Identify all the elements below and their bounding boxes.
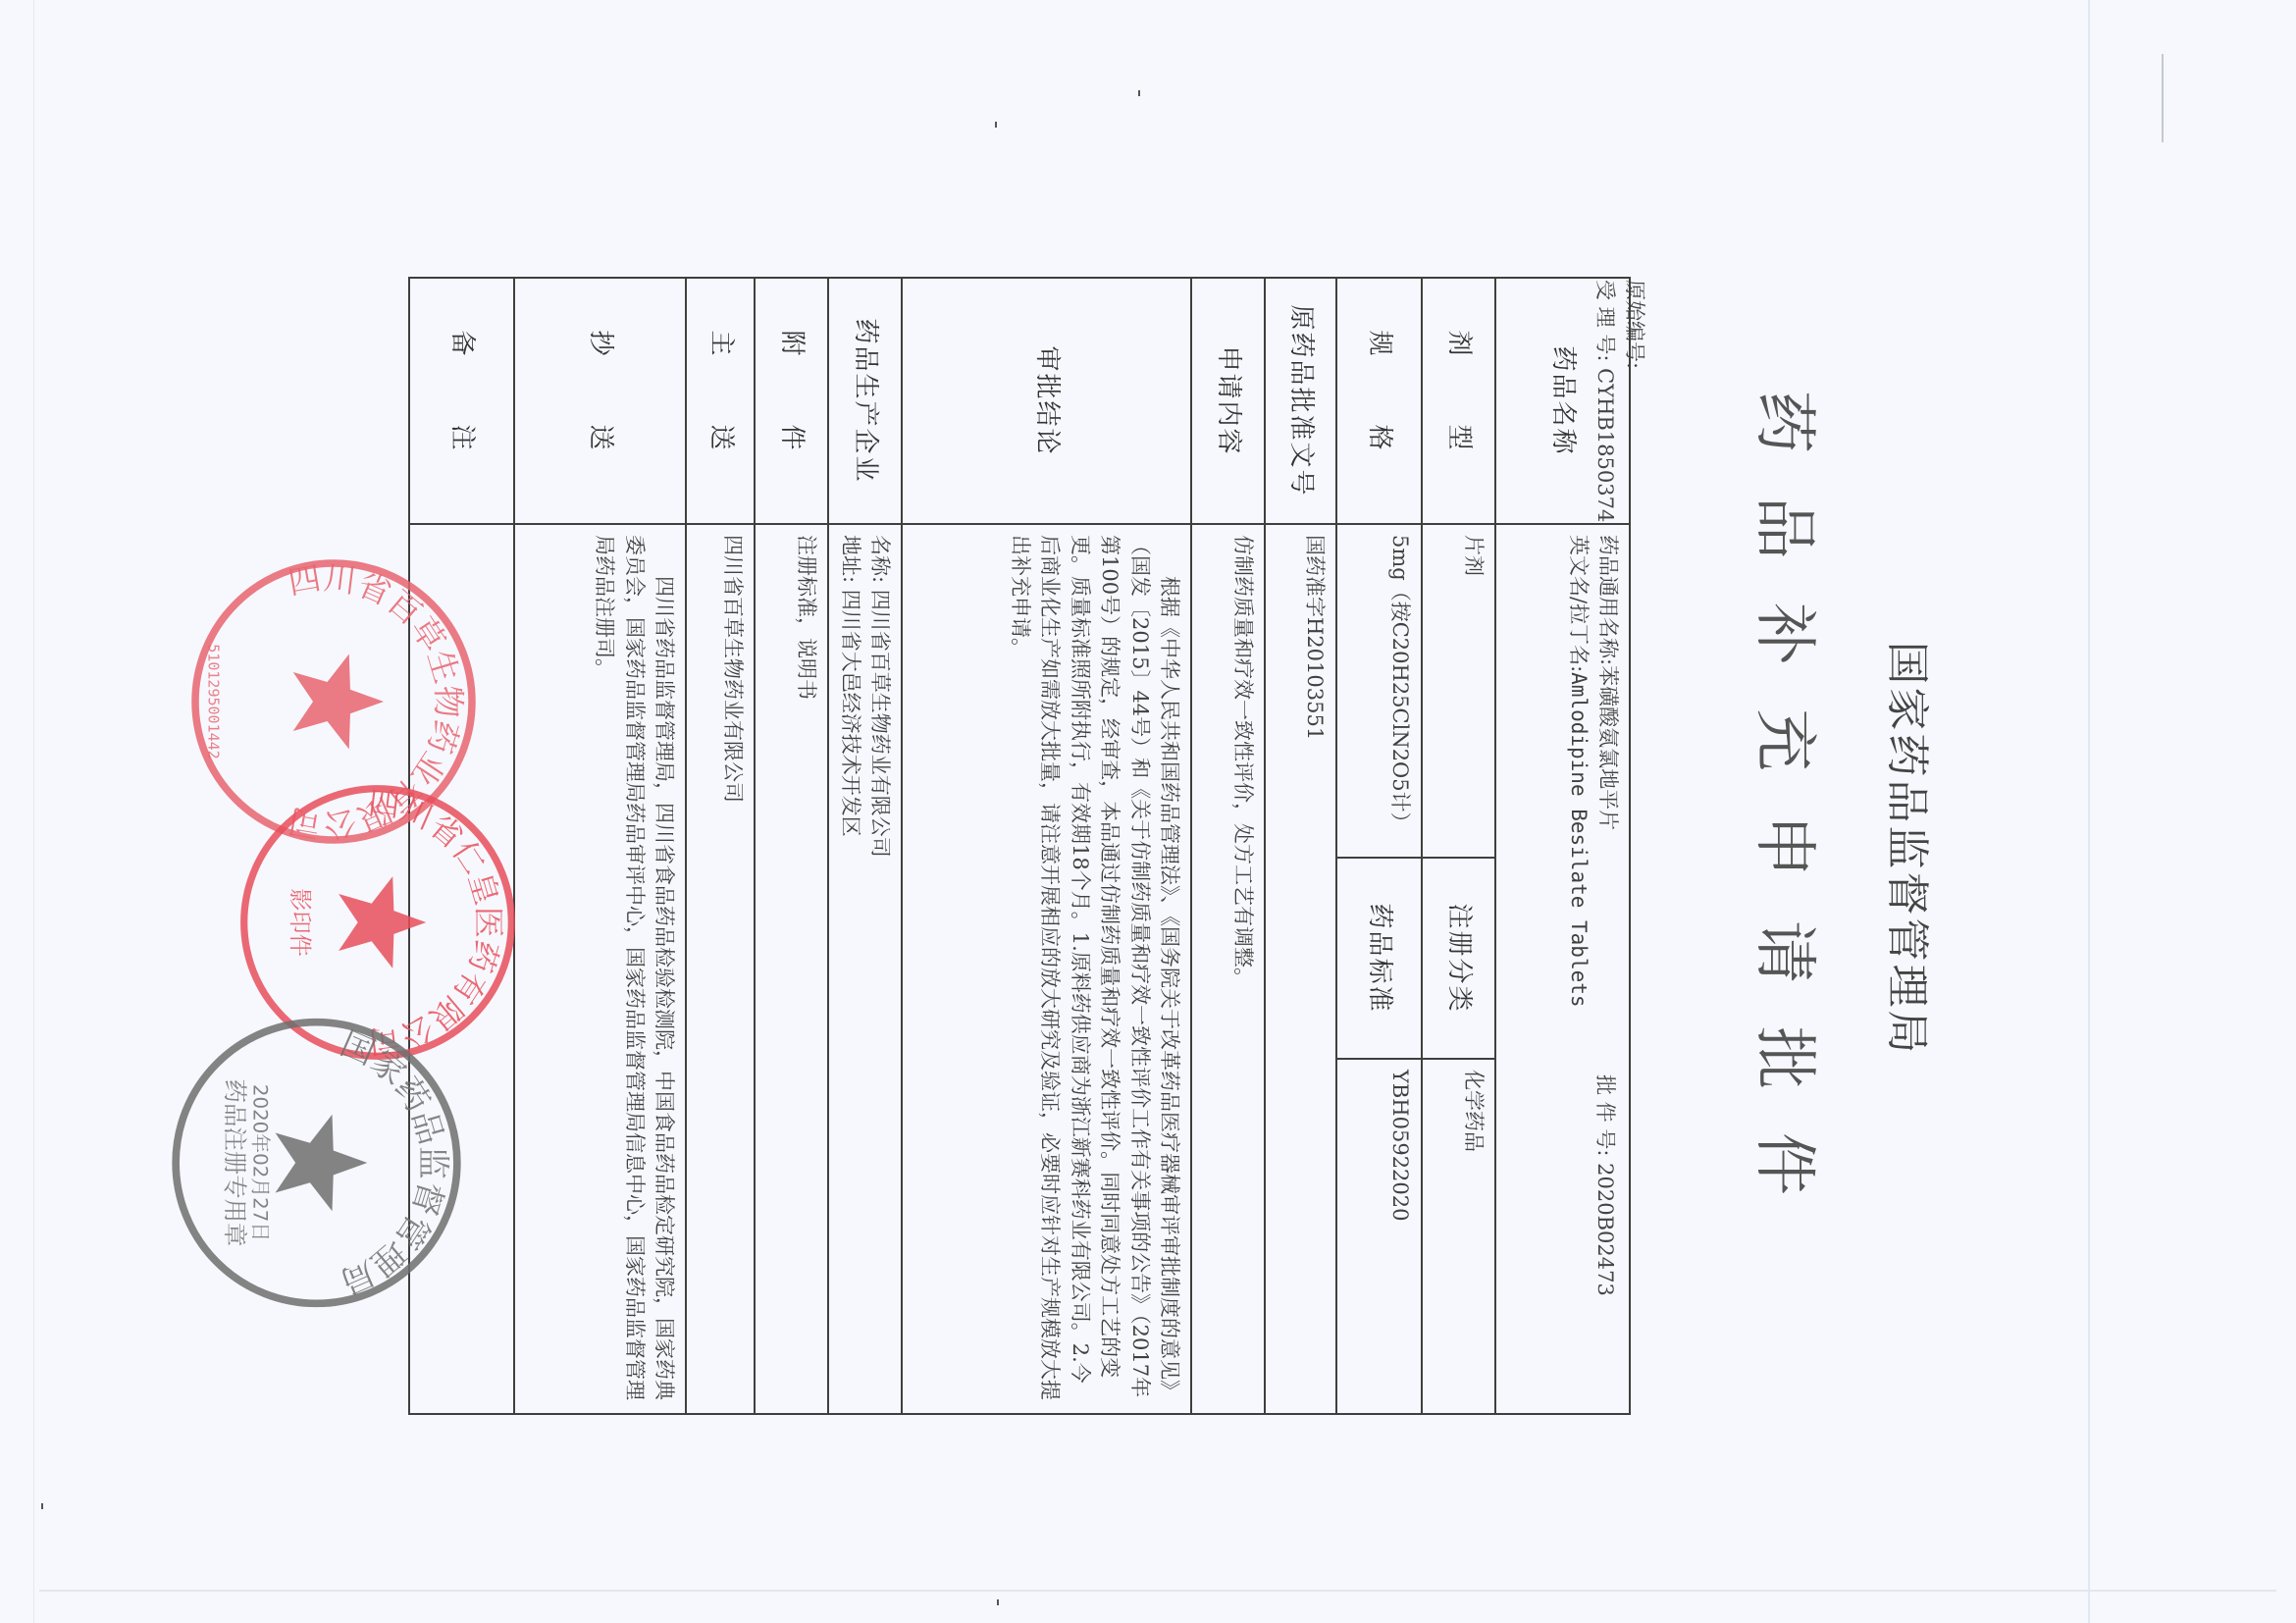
manufacturer-address: 四川省大邑经济技术开发区 (839, 590, 862, 837)
table-row: 药品生产企业 名称: 四川省百草生物药业有限公司 地址: 四川省大邑经济技术开发… (828, 278, 902, 1414)
english-name-label: 英文名/拉丁名: (1567, 535, 1591, 672)
cc-value: 四川省药品监督管理局，四川省食品药品检验检测院，中国食品药品检定研究院，国家药典… (514, 524, 686, 1414)
table-row: 原药品批准文号 国药准字H20103551 (1265, 278, 1336, 1414)
approval-form-table: 药品名称 药品通用名称:苯磺酸氨氯地平片 英文名/拉丁名:Amlodipine … (408, 277, 1631, 1415)
manufacturer-name-label: 名称: (868, 535, 892, 583)
application-content-label: 申请内容 (1191, 278, 1265, 524)
issuing-agency: 国家药品监督管理局 (1880, 407, 1943, 1290)
table-row: 附 件 注册标准，说明书 (755, 278, 828, 1414)
svg-text:药品注册专用章: 药品注册专用章 (221, 1079, 249, 1247)
registration-category-value: 化学药品 (1422, 1059, 1495, 1414)
drug-standard-label: 药品标准 (1336, 858, 1422, 1059)
table-row: 药品名称 药品通用名称:苯磺酸氨氯地平片 英文名/拉丁名:Amlodipine … (1495, 278, 1630, 1414)
main-recipient-label: 主 送 (686, 278, 755, 524)
english-name: Amlodipine Besilate Tablets (1567, 672, 1591, 1007)
attachments-value: 注册标准，说明书 (755, 524, 828, 1414)
drug-name-label: 药品名称 (1495, 278, 1630, 524)
application-content-value: 仿制药质量和疗效一致性评价，处方工艺有调整。 (1191, 524, 1265, 1414)
manufacturer-value: 名称: 四川省百草生物药业有限公司 地址: 四川省大邑经济技术开发区 (828, 524, 902, 1414)
drug-standard-value: YBH05922020 (1336, 1059, 1422, 1414)
approval-conclusion-label: 审批结论 (902, 278, 1191, 524)
document-title: 药品补充申请批件 (1745, 324, 1835, 1305)
nmpa-registration-seal-graphic: 国家药品监督管理局药品注册专用章2020年02月27日 (165, 1014, 469, 1313)
manufacturer-address-label: 地址: (839, 535, 862, 583)
original-approval-number-value: 国药准字H20103551 (1265, 524, 1336, 1414)
svg-text:影印件: 影印件 (287, 888, 313, 957)
cc-label: 抄 送 (514, 278, 686, 524)
manufacturer-label: 药品生产企业 (828, 278, 902, 524)
specification-value: 5mg（按C20H25ClN2O5计） (1336, 524, 1422, 858)
star-icon (276, 1115, 368, 1212)
generic-name: 苯磺酸氨氯地平片 (1596, 665, 1620, 830)
original-approval-number-label: 原药品批准文号 (1265, 278, 1336, 524)
svg-text:5101295001442: 5101295001442 (205, 644, 223, 759)
main-recipient-value: 四川省百草生物药业有限公司 (686, 524, 755, 1414)
star-icon (339, 876, 426, 969)
table-row: 剂 型 片剂 注册分类 化学药品 (1422, 278, 1495, 1414)
dosage-form-label: 剂 型 (1422, 278, 1495, 524)
table-row: 规 格 5mg（按C20H25ClN2O5计） 药品标准 YBH05922020 (1336, 278, 1422, 1414)
drug-name-value: 药品通用名称:苯磺酸氨氯地平片 英文名/拉丁名:Amlodipine Besil… (1495, 524, 1630, 1414)
table-row: 申请内容 仿制药质量和疗效一致性评价，处方工艺有调整。 (1191, 278, 1265, 1414)
table-row: 抄 送 四川省药品监督管理局，四川省食品药品检验检测院，中国食品药品检定研究院，… (514, 278, 686, 1414)
star-icon (293, 654, 384, 750)
attachments-label: 附 件 (755, 278, 828, 524)
table-row: 审批结论 根据《中华人民共和国药品管理法》、《国务院关于改革药品医疗器械审评审批… (902, 278, 1191, 1414)
generic-name-label: 药品通用名称: (1596, 535, 1620, 665)
manufacturer-name: 四川省百草生物药业有限公司 (868, 590, 892, 858)
nmpa-registration-seal: 国家药品监督管理局药品注册专用章2020年02月27日 (165, 1014, 469, 1313)
remarks-label: 备 注 (409, 278, 514, 524)
specification-label: 规 格 (1336, 278, 1422, 524)
approval-conclusion-value: 根据《中华人民共和国药品管理法》、《国务院关于改革药品医疗器械审评审批制度的意见… (902, 524, 1191, 1414)
table-row: 主 送 四川省百草生物药业有限公司 (686, 278, 755, 1414)
dosage-form-value: 片剂 (1422, 524, 1495, 858)
registration-category-label: 注册分类 (1422, 858, 1495, 1059)
svg-text:2020年02月27日: 2020年02月27日 (248, 1084, 271, 1241)
